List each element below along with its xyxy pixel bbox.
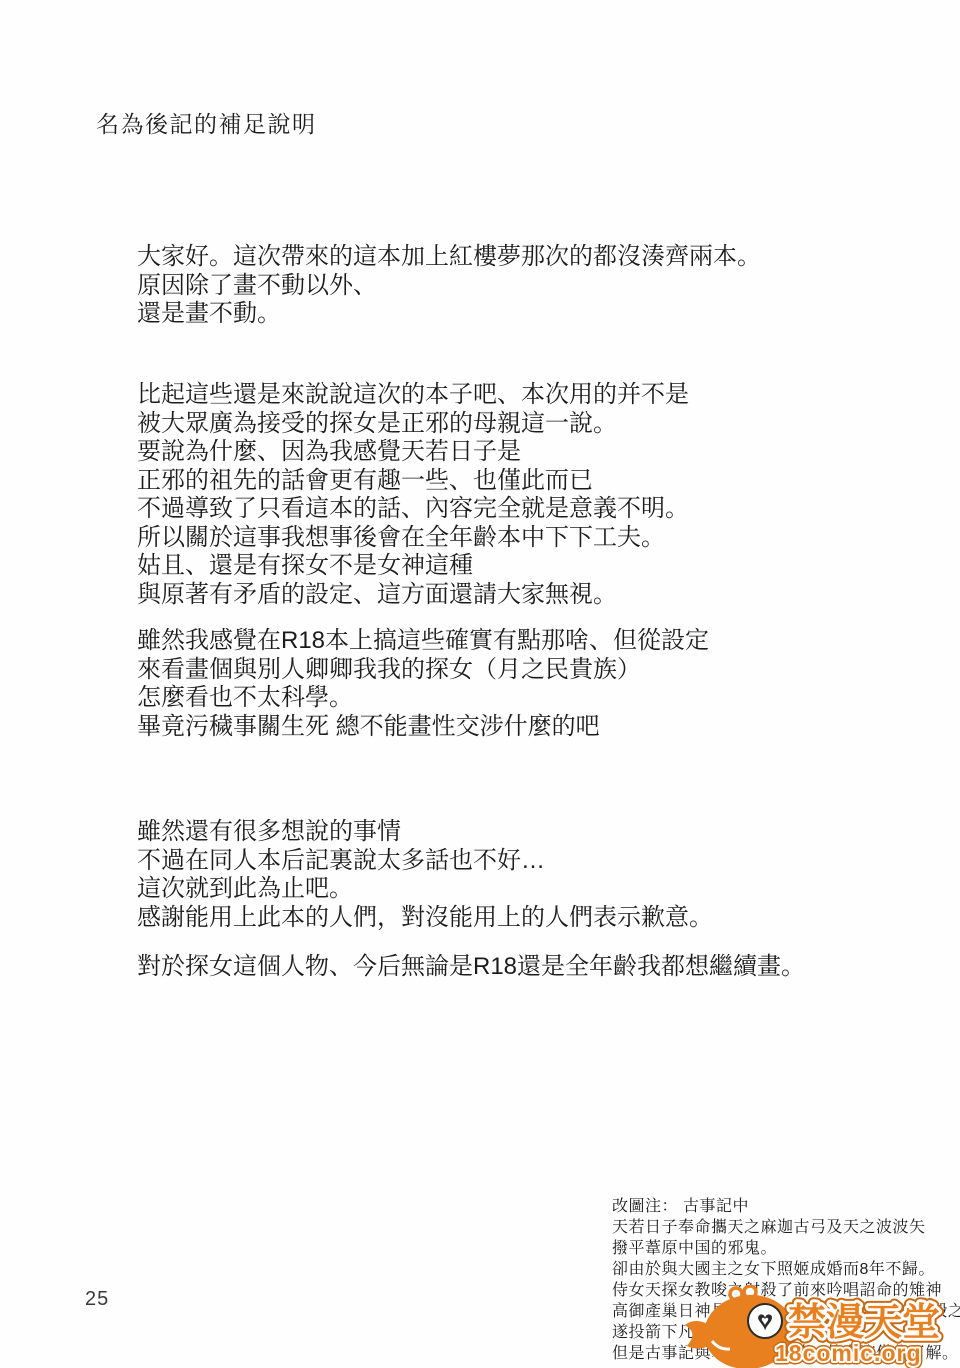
paragraph-4: 雖然還有很多想說的事情 不過在同人本后記裏說太多話也不好… 這次就到此為止吧。 … [137,818,713,932]
watermark-site-url: 18comic.org [775,1340,922,1366]
text-line: 原因除了畫不動以外、 [137,272,761,301]
heart-icon: ♥ [761,1313,769,1328]
paragraph-5: 對於探女這個人物、今后無論是R18還是全年齡我都想繼續畫。 [137,953,805,982]
text-line: 不過導致了只看這本的話、內容完全就是意義不明。 [137,495,689,524]
page-number: 25 [85,1288,109,1311]
afterword-page: 名為後記的補足說明 大家好。這次帶來的這本加上紅樓夢那次的都沒湊齊兩本。 原因除… [0,0,960,1368]
text-line: 與原著有矛盾的設定、這方面還請大家無視。 [137,581,689,610]
paragraph-1: 大家好。這次帶來的這本加上紅樓夢那次的都沒湊齊兩本。 原因除了畫不動以外、 還是… [137,243,761,329]
text-line: 比起這些還是來說說這次的本子吧、本次用的并不是 [137,381,689,410]
text-line: 雖然還有很多想說的事情 [137,818,713,847]
watermark-site-name: 禁漫天堂 [788,1302,940,1344]
text-line: 不過在同人本后記裏說太多話也不好… [137,847,713,876]
text-line: 被大眾廣為接受的探女是正邪的母親這一說。 [137,410,689,439]
watermark-text: 禁漫天堂 禁漫天堂 18comic.org 18comic.org [775,1302,940,1366]
text-line: 怎麼看也不太科學。 [137,684,709,713]
text-line: 大家好。這次帶來的這本加上紅樓夢那次的都沒湊齊兩本。 [137,243,761,272]
text-line: 所以關於這事我想事後會在全年齡本中下下工夫。 [137,524,689,553]
text-line: 感謝能用上此本的人們，對沒能用上的人們表示歉意。 [137,904,713,933]
footnote-line: 天若日子奉命攜天之麻迦古弓及天之波波矢 [612,1217,960,1238]
page-title: 名為後記的補足說明 [96,106,317,139]
text-line: 來看畫個與別人卿卿我我的探女（月之民貴族） [137,656,709,685]
paragraph-3: 雖然我感覺在R18本上搞這些確實有點那啥、但從設定 來看畫個與別人卿卿我我的探女… [137,627,709,741]
text-line: 對於探女這個人物、今后無論是R18還是全年齡我都想繼續畫。 [137,953,805,982]
footnote-line: 卻由於與大國主之女下照姬成婚而8年不歸。 [612,1259,960,1280]
text-line: 雖然我感覺在R18本上搞這些確實有點那啥、但從設定 [137,627,709,656]
footnote-line: 改圖注： 古事記中 [612,1196,960,1217]
paragraph-2: 比起這些還是來說說這次的本子吧、本次用的并不是 被大眾廣為接受的探女是正邪的母親… [137,381,689,609]
watermark: ♥ ♥ 禁漫天堂 禁漫天堂 18comic.org 18comic.org [648,1285,950,1368]
text-line: 還是畫不動。 [137,300,761,329]
text-line: 姑且、還是有探女不是女神這種 [137,552,689,581]
text-line: 這次就到此為止吧。 [137,875,713,904]
footnote-line: 撥平葦原中国的邪鬼。 [612,1238,960,1259]
text-line: 正邪的祖先的話會更有趣一些、也僅此而已 [137,467,689,496]
text-line: 要說為什麼、因為我感覺天若日子是 [137,438,689,467]
text-line: 畢竟污穢事關生死 總不能畫性交涉什麼的吧 [137,713,709,742]
